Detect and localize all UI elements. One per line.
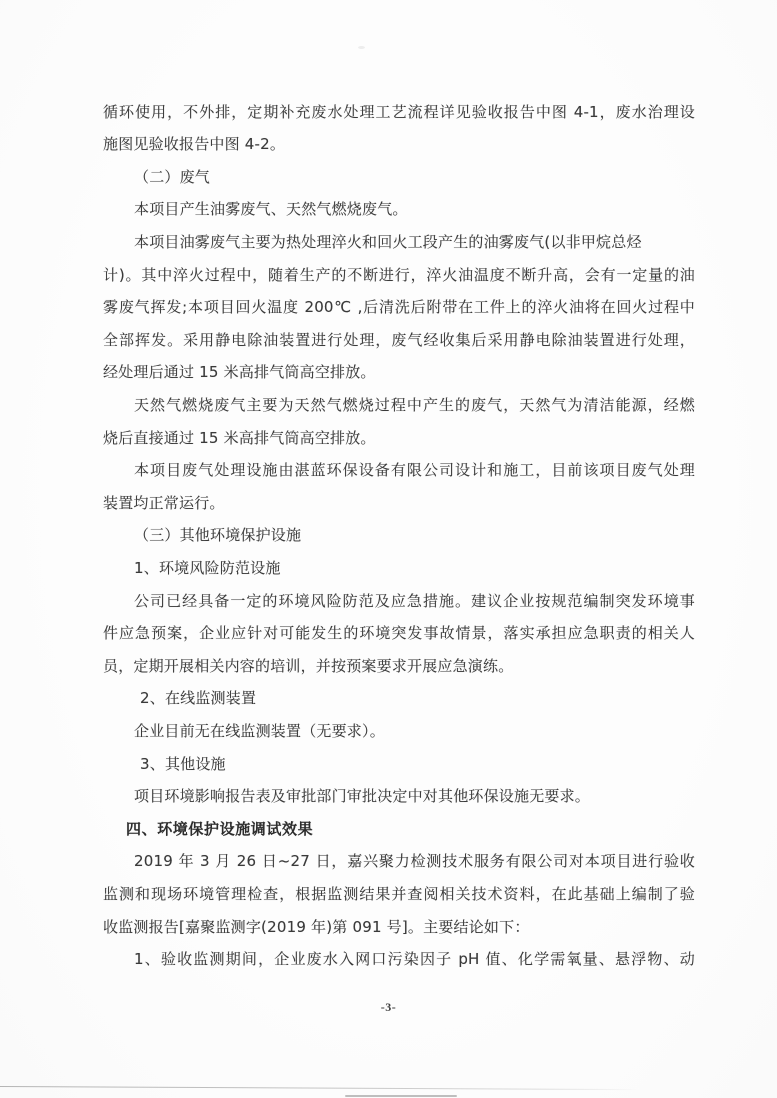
text-line: （三）其他环境保护设施	[103, 524, 695, 546]
text-line: 四、环境保护设施调试效果	[103, 818, 695, 840]
text-line: 收监测报告[嘉聚监测字(2019 年)第 091 号]。主要结论如下：	[103, 916, 695, 938]
text-line: 循环使用，不外排，定期补充废水处理工艺流程详见验收报告中图 4-1，废水治理设	[103, 101, 695, 123]
text-line: 公司已经具备一定的环境风险防范及应急措施。建议企业按规范编制突发环境事	[103, 590, 695, 612]
text-line: 项目环境影响报告表及审批部门审批决定中对其他环保设施无要求。	[103, 785, 695, 807]
text-line: 装置均正常运行。	[103, 492, 695, 514]
text-line: 全部挥发。采用静电除油装置进行处理，废气经收集后采用静电除油装置进行处理，	[103, 329, 695, 351]
text-line: 员，定期开展相关内容的培训，并按预案要求开展应急演练。	[103, 655, 695, 677]
text-line: 施图见验收报告中图 4-2。	[103, 133, 695, 155]
page-number: -3-	[0, 1000, 777, 1015]
text-line: 经处理后通过 15 米高排气筒高空排放。	[103, 361, 695, 383]
text-line: 1、环境风险防范设施	[103, 557, 695, 579]
text-line: 2、在线监测装置	[103, 687, 695, 709]
document-body: 循环使用，不外排，定期补充废水处理工艺流程详见验收报告中图 4-1，废水治理设施…	[103, 0, 695, 1098]
text-line: 1、验收监测期间，企业废水入网口污染因子 pH 值、化学需氧量、悬浮物、动	[103, 948, 695, 970]
text-line: 监测和现场环境管理检查，根据监测结果并查阅相关技术资料，在此基础上编制了验	[103, 883, 695, 905]
text-line: 本项目油雾废气主要为热处理淬火和回火工段产生的油雾废气(以非甲烷总烃	[103, 231, 695, 253]
text-line: 企业目前无在线监测装置（无要求）。	[103, 720, 695, 742]
text-line: 天然气燃烧废气主要为天然气燃烧过程中产生的废气，天然气为清洁能源，经燃	[103, 394, 695, 416]
text-line: 烧后直接通过 15 米高排气筒高空排放。	[103, 427, 695, 449]
text-line: 2019 年 3 月 26 日~27 日，嘉兴聚力检测技术服务有限公司对本项目进…	[103, 850, 695, 872]
text-line: 件应急预案，企业应针对可能发生的环境突发事故情景，落实承担应急职责的相关人	[103, 622, 695, 644]
text-line: 本项目产生油雾废气、天然气燃烧废气。	[103, 198, 695, 220]
text-line: 3、其他设施	[103, 753, 695, 775]
text-line: 雾废气挥发;本项目回火温度 200℃ ,后清洗后附带在工件上的淬火油将在回火过程…	[103, 296, 695, 318]
text-line: 本项目废气处理设施由湛蓝环保设备有限公司设计和施工，目前该项目废气处理	[103, 459, 695, 481]
text-line: 计)。其中淬火过程中，随着生产的不断进行，淬火油温度不断升高，会有一定量的油	[103, 264, 695, 286]
scan-smudge-artifact	[345, 1095, 457, 1097]
scanned-document-page: 循环使用，不外排，定期补充废水处理工艺流程详见验收报告中图 4-1，废水治理设施…	[0, 0, 777, 1098]
text-line: （二）废气	[103, 166, 695, 188]
